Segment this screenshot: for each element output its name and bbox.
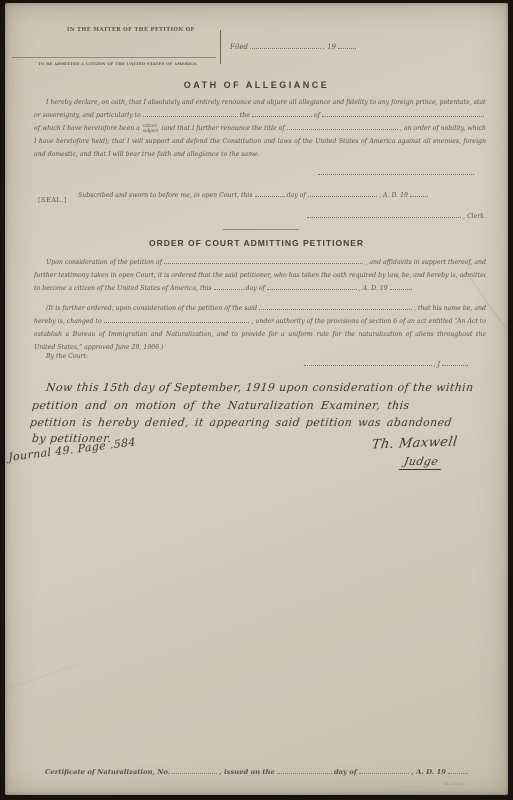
oath-line-3-end: , an order of nobility, which: [400, 122, 486, 135]
sworn-month-blank: [308, 191, 377, 197]
sworn-text: Subscribed and sworn to before me, in op…: [78, 192, 253, 199]
sworn-row: Subscribed and sworn to before me, in op…: [78, 191, 430, 199]
oath-line-1: I hereby declare, on oath, that I absolu…: [34, 96, 486, 109]
petitioner-signature-line: [318, 174, 474, 175]
sworn-year: , A. D. 19: [379, 192, 408, 199]
filed-year-blank: [338, 43, 356, 49]
order-p1-line-1: Upon consideration of the petition of , …: [34, 256, 486, 269]
order-p2-end: , that his name be, and: [414, 302, 486, 315]
order-p2-line-3: establish a Bureau of Immigration and Na…: [34, 328, 486, 341]
oath-line-2: or sovereignty, and particularly to the …: [34, 109, 486, 122]
sovereignty-blank: [143, 111, 238, 117]
oath-line-2-the: the: [240, 109, 250, 122]
order-p2-line-1: (It is further ordered, upon considerati…: [34, 302, 486, 315]
oath-line-5: and domestic, and that I will bear true …: [34, 148, 486, 161]
oath-line-2-of: of: [314, 109, 320, 122]
order-p1-this: to become a citizen of the United States…: [34, 282, 212, 295]
footer-year-label: , A. D. 19: [411, 768, 446, 776]
petitioner-name-blank: [164, 258, 363, 264]
oath-paragraph: I hereby declare, on oath, that I absolu…: [34, 96, 486, 161]
footer-certificate-row: Certificate of Naturalization, No. , iss…: [45, 768, 470, 776]
caption-rule: [12, 57, 216, 58]
clerk-signature-blank: [307, 212, 461, 218]
authority-text: , under authority of the provisions of s…: [251, 315, 486, 328]
footer-year-blank: [448, 768, 468, 774]
footer-dayof-label: day of: [334, 768, 357, 776]
by-court-label: By the Court:: [46, 353, 88, 360]
filed-blank: [250, 43, 321, 49]
judge-signature-blank: [304, 360, 432, 366]
said-name-blank: [259, 304, 412, 310]
judge-label: Judge: [399, 455, 444, 470]
order-p2-line-4: United States,” approved June 29, 1906.): [34, 341, 486, 354]
issued-day-blank: [277, 768, 332, 774]
handwritten-line-2: petition and on motion of the Naturaliza…: [31, 399, 410, 412]
handwritten-line-3: petition is hereby denied, it appearing …: [29, 416, 452, 429]
judge-suffix-label: , J: [434, 361, 440, 368]
judge-suffix-blank: [442, 360, 468, 366]
order-month-blank: [267, 284, 357, 290]
filed-year-label: , 19: [323, 43, 336, 51]
order-p1-end: , and affidavits in support thereof, and: [365, 256, 486, 269]
oath-line-3-text: of which I have heretofore been a: [34, 122, 140, 135]
judge-signature: Th. Maxwell: [371, 435, 459, 453]
form-code: 11—2588: [444, 781, 463, 786]
admitted-citizen-caption: TO BE ADMITTED A CITIZEN OF THE UNITED S…: [38, 61, 198, 66]
citizen-subject-stack: citizen subject: [143, 124, 158, 133]
oath-title: OATH OF ALLEGIANCE: [20, 80, 493, 90]
new-name-blank: [104, 317, 250, 323]
order-title: ORDER OF COURT ADMITTING PETITIONER: [20, 238, 493, 248]
sworn-year-blank: [410, 191, 428, 197]
clerk-label: , Clerk.: [463, 213, 486, 220]
subject-word: subject: [143, 129, 158, 134]
order-paragraph-2: (It is further ordered, upon considerati…: [34, 302, 486, 354]
order-year-blank: [390, 284, 412, 290]
seal-label: [SEAL.]: [38, 196, 67, 204]
changed-to-text: hereby is, changed to: [34, 315, 102, 328]
nobility-title-blank: [287, 124, 398, 130]
order-p1-line-2: further testimony taken in open Court, i…: [34, 269, 486, 282]
filed-label: Filed: [230, 43, 248, 51]
section-divider: [223, 229, 299, 230]
oath-line-4: I have heretofore held); that I will sup…: [34, 135, 486, 148]
issued-month-blank: [359, 768, 410, 774]
order-paragraph-1: Upon consideration of the petition of , …: [34, 256, 486, 295]
issued-on-label: , issued on the: [219, 768, 275, 776]
certificate-label: Certificate of Naturalization, No.: [45, 768, 170, 776]
title-blank: [252, 111, 312, 117]
sworn-dayof: day of: [287, 192, 306, 199]
petition-matter-caption: IN THE MATTER OF THE PETITION OF: [67, 27, 195, 33]
certificate-number-blank: [172, 768, 217, 774]
judge-signature-row: , J: [302, 360, 470, 368]
order-p2-text: (It is further ordered, upon considerati…: [46, 302, 257, 315]
order-year: , A. D. 19: [359, 282, 388, 295]
order-day-blank: [214, 284, 244, 290]
handwritten-line-1: Now this 15th day of September, 1919 upo…: [45, 381, 474, 394]
oath-line-3-renounce: (and that I further renounce the title o…: [161, 122, 284, 135]
header-bracket-line: [220, 30, 221, 64]
oath-line-2-text: or sovereignty, and particularly to: [34, 109, 141, 122]
order-p1-text: Upon consideration of the petition of: [46, 256, 162, 269]
country-blank: [322, 111, 484, 117]
order-p1-line-3: to become a citizen of the United States…: [34, 282, 486, 295]
oath-line-3: of which I have heretofore been a citize…: [34, 122, 486, 135]
order-dayof: day of: [246, 282, 265, 295]
scanned-document: IN THE MATTER OF THE PETITION OF TO BE A…: [0, 0, 513, 800]
sworn-day-blank: [255, 191, 285, 197]
order-p2-line-2: hereby is, changed to , under authority …: [34, 315, 486, 328]
filed-row: Filed , 19: [230, 43, 358, 51]
clerk-row: , Clerk.: [305, 212, 486, 220]
